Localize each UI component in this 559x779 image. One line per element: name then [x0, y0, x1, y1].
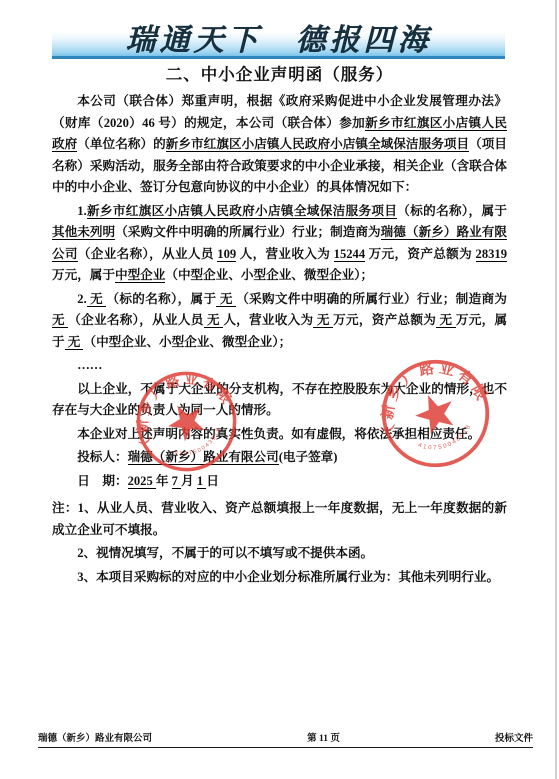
paragraph-text: 2、视情况填写，不属于的可以不填写或不提供本函。 — [77, 546, 373, 560]
document-content: 二、中小企业声明函（服务） 本公司（联合体）郑重声明，根据《政府采购促进中小企业… — [52, 59, 507, 590]
paragraph-text: （采购文件中明确的所属行业）行业；制造商为 — [236, 292, 507, 306]
filled-in-field: 其他未列明 — [52, 225, 115, 240]
paragraph: 日 期：2025 年 7 月 1 日 — [52, 471, 507, 493]
filled-in-field: 新乡市红旗区小店镇人民政府小店镇全域保洁服务项目 — [166, 137, 469, 152]
letterhead-banner: 瑞通天下 德报四海 — [52, 31, 505, 59]
paragraph: 2. 无 （标的名称），属于 无 （采购文件中明确的所属行业）行业；制造商为 无… — [52, 289, 507, 354]
filled-in-field: 无 — [313, 313, 333, 328]
paragraph: 1.新乡市红旗区小店镇人民政府小店镇全域保洁服务项目（标的名称），属于其他未列明… — [52, 201, 507, 287]
paragraph-text: 3、本项目采购标的对应的中小企业划分标准所属行业为：其他未列明行业。 — [77, 570, 499, 584]
document-page: { "banner": { "slogan": "瑞通天下 德报四海" }, "… — [0, 0, 559, 779]
paragraph: …… — [52, 355, 507, 377]
paragraph: 本企业对上述声明内容的真实性负责。如有虚假，将依法承担相应责任。 — [52, 424, 507, 446]
paragraph-text: 1. — [77, 204, 86, 218]
filled-in-field: 28319 — [476, 247, 507, 262]
paragraph: 3、本项目采购标的对应的中小企业划分标准所属行业为：其他未列明行业。 — [52, 567, 507, 589]
paragraph: 注：1、从业人员、营业收入、资产总额填报上一年度数据，无上一年度数据的新成立企业… — [52, 498, 507, 541]
paragraph-text: 人，营业收入为 — [223, 313, 313, 327]
paragraph-text: 注：1、从业人员、营业收入、资产总额填报上一年度数据，无上一年度数据的新成立企业… — [52, 501, 507, 537]
paragraph-text: （标的名称），属于 — [397, 204, 507, 218]
filled-in-field: 瑞德（新乡）路业有限公司 — [128, 450, 279, 465]
paragraph-text: 以上企业，不属于大企业的分支机构，不存在控股股东为大企业的情形，也不存在与大企业… — [52, 382, 507, 418]
paragraph-text: 2. — [77, 292, 86, 306]
paragraph-text: 万元，属于 — [52, 268, 115, 282]
footer-doc-type: 投标文件 — [495, 730, 533, 744]
paragraph-text: 日 期： — [77, 474, 127, 488]
filled-in-field: 中型企业 — [115, 268, 165, 283]
filled-in-field: 2025 — [128, 474, 156, 489]
filled-in-field: 109 — [217, 247, 236, 262]
document-title: 二、中小企业声明函（服务） — [52, 61, 507, 85]
filled-in-field: 无 — [204, 313, 224, 328]
paragraph-text: 万元，资产总额为 — [333, 313, 436, 327]
paragraph: 投标人：瑞德（新乡）路业有限公司(电子签章) — [52, 447, 507, 469]
page-footer: 瑞德（新乡）路业有限公司 第 11 页 投标文件 — [38, 730, 533, 748]
paragraph-text: （采购文件中明确的所属行业）行业；制造商为 — [115, 225, 380, 239]
paragraph-text: 投标人： — [77, 450, 127, 464]
filled-in-field: 无 — [436, 313, 456, 328]
paragraph-text: …… — [77, 358, 102, 372]
filled-in-field: 无 — [216, 292, 236, 307]
paragraph-text: （标的名称），属于 — [106, 292, 216, 306]
paragraph-text: 人，营业收入为 — [236, 247, 333, 261]
paragraph-text: （单位名称）的 — [77, 137, 165, 151]
paragraph-text: 日 — [206, 474, 219, 488]
filled-in-field: 1 — [197, 474, 206, 489]
filled-in-field: 无 — [65, 335, 84, 350]
footer-company: 瑞德（新乡）路业有限公司 — [38, 730, 152, 744]
paragraph: 本公司（联合体）郑重声明，根据《政府采购促进中小企业发展管理办法》（财库（202… — [52, 91, 507, 199]
paragraph-text: （企业名称），从业人员 — [78, 247, 217, 261]
paragraph-text: （企业名称），从业人员 — [68, 313, 203, 327]
paragraph-text: 本企业对上述声明内容的真实性负责。如有虚假，将依法承担相应责任。 — [77, 427, 480, 441]
paragraph-text: 月 — [181, 474, 197, 488]
paragraph-text: (电子签章) — [279, 450, 338, 464]
paragraph-text: （中型企业、小型企业、微型企业）； — [165, 268, 373, 282]
paragraph-text: 年 — [156, 474, 172, 488]
paragraph-text: （中型企业、小型企业、微型企业）； — [83, 335, 291, 349]
page-edge — [555, 0, 557, 779]
filled-in-field: 无 — [52, 313, 68, 328]
filled-in-field: 无 — [87, 292, 107, 307]
filled-in-field: 15244 — [334, 247, 365, 262]
filled-in-field: 新乡市红旗区小店镇人民政府小店镇全域保洁服务项目 — [87, 204, 398, 219]
filled-in-field: 7 — [172, 474, 181, 489]
letterhead-slogan: 瑞通天下 德报四海 — [52, 26, 505, 56]
paragraph-text: 万元，资产总额为 — [365, 247, 475, 261]
document-body: 本公司（联合体）郑重声明，根据《政府采购促进中小企业发展管理办法》（财库（202… — [52, 91, 507, 588]
paragraph: 以上企业，不属于大企业的分支机构，不存在控股股东为大企业的情形，也不存在与大企业… — [52, 379, 507, 422]
paragraph: 2、视情况填写，不属于的可以不填写或不提供本函。 — [52, 543, 507, 565]
footer-page-number: 第 11 页 — [307, 730, 340, 744]
